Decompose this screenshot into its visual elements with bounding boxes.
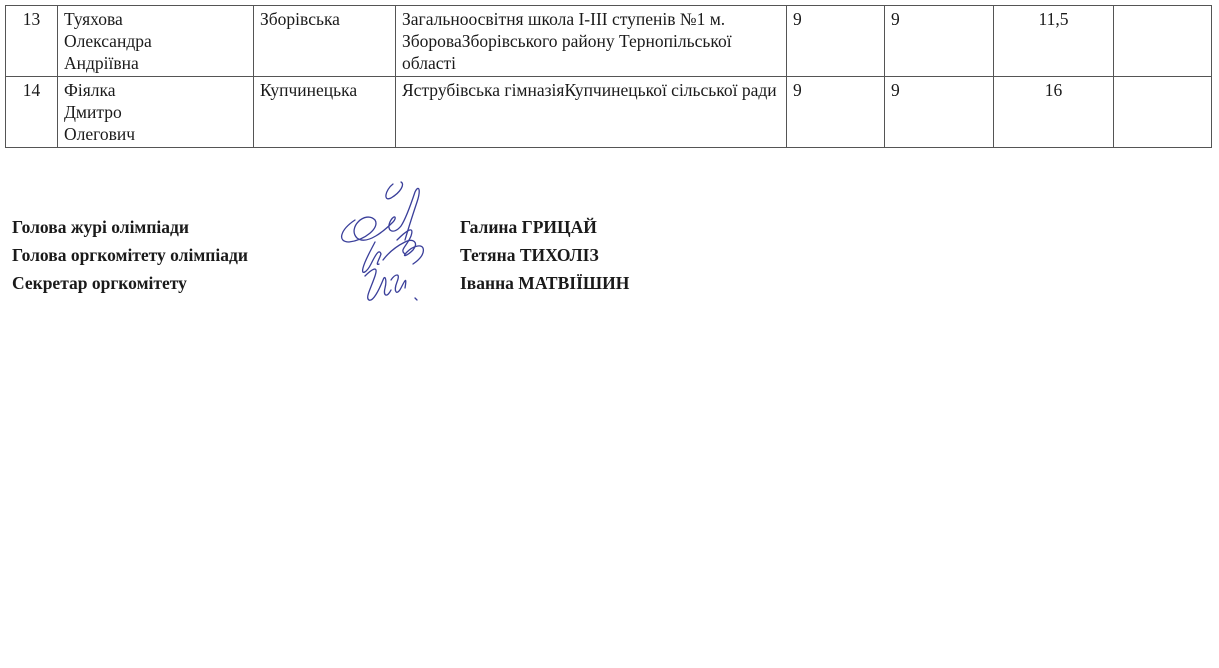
patronymic: Олегович — [64, 123, 247, 145]
patronymic: Андріївна — [64, 52, 247, 74]
name-jury-head: Галина ГРИЦАЙ — [460, 213, 629, 241]
cell-district: Зборівська — [254, 6, 396, 77]
cell-place — [1114, 77, 1212, 148]
role-jury-head: Голова журі олімпіади — [12, 213, 248, 241]
cell-class: 9 — [787, 6, 885, 77]
cell-school: Загальноосвітня школа І-ІІІ ступенів №1 … — [396, 6, 787, 77]
signature-names: Галина ГРИЦАЙ Тетяна ТИХОЛІЗ Іванна МАТВ… — [460, 213, 629, 297]
cell-grade: 9 — [885, 77, 994, 148]
cell-school: Яструбівська гімназіяКупчинецької сільсь… — [396, 77, 787, 148]
cell-name: Фіялка Дмитро Олегович — [58, 77, 254, 148]
cell-grade: 9 — [885, 6, 994, 77]
cell-class: 9 — [787, 77, 885, 148]
signature-roles: Голова журі олімпіади Голова оргкомітету… — [12, 213, 248, 297]
cell-score: 11,5 — [994, 6, 1114, 77]
cell-number: 14 — [6, 77, 58, 148]
handwritten-signature-icon — [335, 180, 445, 310]
cell-name: Туяхова Олександра Андріївна — [58, 6, 254, 77]
role-secretary: Секретар оргкомітету — [12, 269, 248, 297]
surname: Фіялка — [64, 79, 247, 101]
cell-place — [1114, 6, 1212, 77]
name-committee-head: Тетяна ТИХОЛІЗ — [460, 241, 629, 269]
first-name: Дмитро — [64, 101, 247, 123]
cell-number: 13 — [6, 6, 58, 77]
role-committee-head: Голова оргкомітету олімпіади — [12, 241, 248, 269]
results-table: 13 Туяхова Олександра Андріївна Зборівсь… — [5, 5, 1212, 148]
table-row: 13 Туяхова Олександра Андріївна Зборівсь… — [6, 6, 1212, 77]
cell-district: Купчинецька — [254, 77, 396, 148]
surname: Туяхова — [64, 8, 247, 30]
table-row: 14 Фіялка Дмитро Олегович Купчинецька Яс… — [6, 77, 1212, 148]
first-name: Олександра — [64, 30, 247, 52]
cell-score: 16 — [994, 77, 1114, 148]
name-secretary: Іванна МАТВІЇШИН — [460, 269, 629, 297]
